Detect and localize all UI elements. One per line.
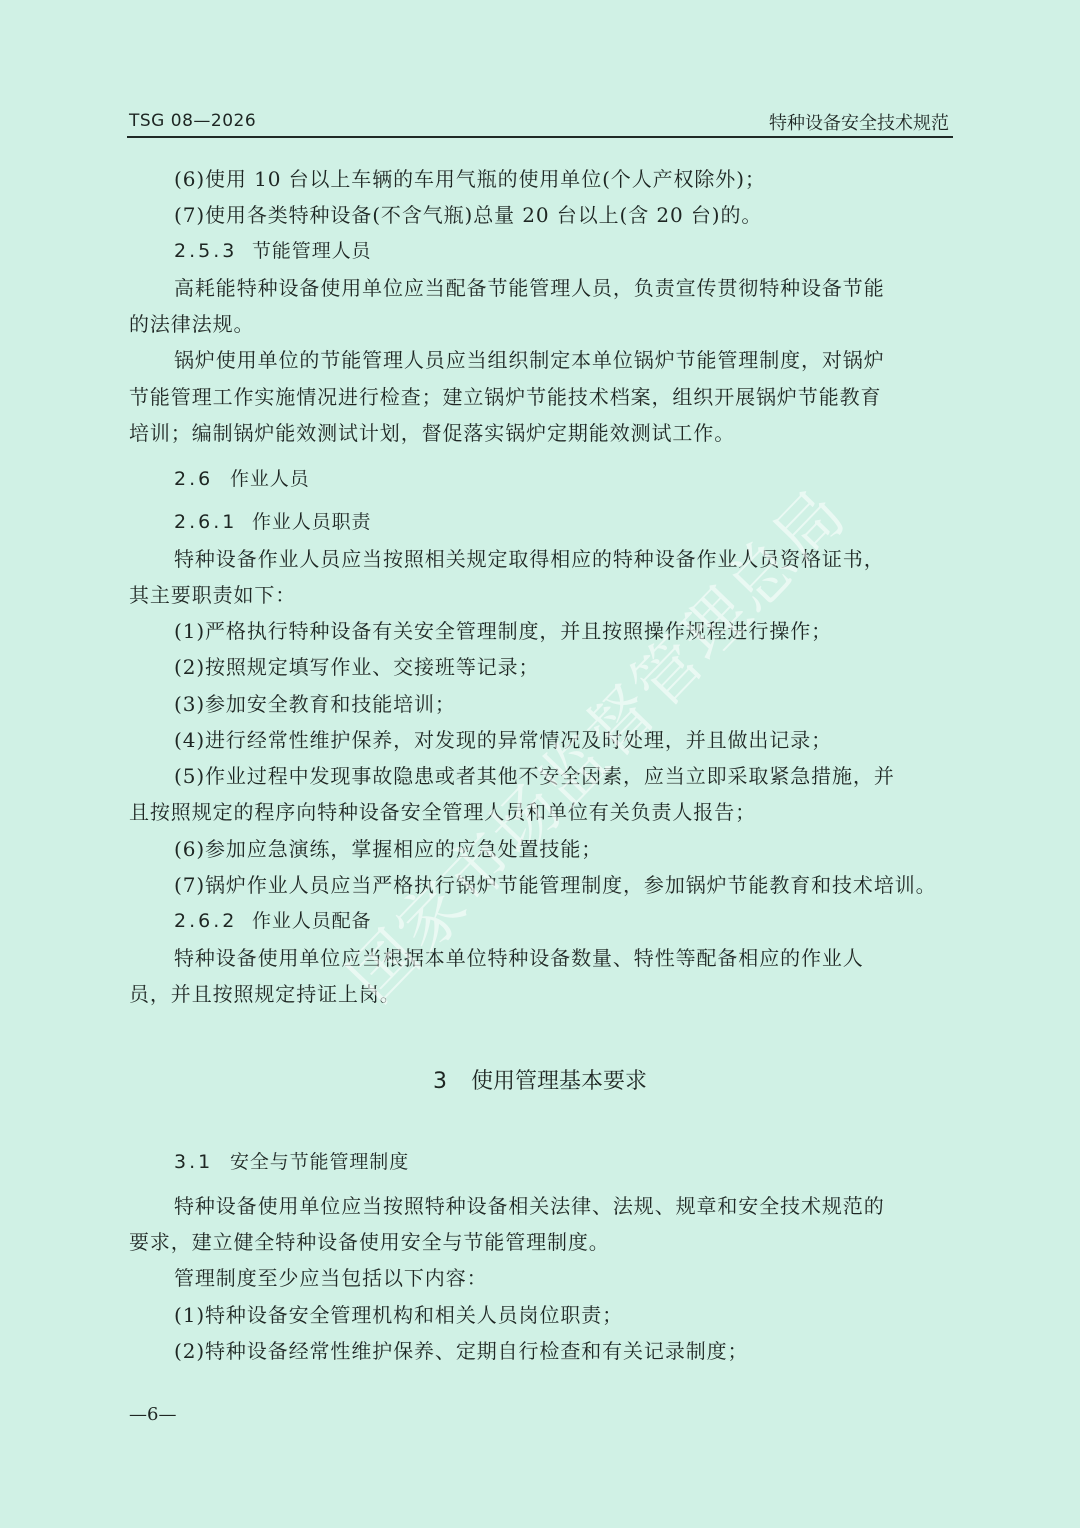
paragraph-line: 高耗能特种设备使用单位应当配备节能管理人员，负责宣传贯彻特种设备节能 — [129, 276, 953, 300]
list-item: (7)锅炉作业人员应当严格执行锅炉节能管理制度，参加锅炉节能教育和技术培训。 — [129, 873, 953, 897]
section-title: 作业人员职责 — [252, 511, 371, 533]
section-heading-2-6: 2.6作业人员 — [129, 467, 953, 491]
list-item: (1)特种设备安全管理机构和相关人员岗位职责； — [129, 1303, 953, 1327]
paragraph-line: 特种设备使用单位应当按照特种设备相关法律、法规、规章和安全技术规范的 — [129, 1194, 953, 1218]
series-title: 特种设备安全技术规范 — [769, 109, 949, 135]
list-item: (2)按照规定填写作业、交接班等记录； — [129, 655, 953, 679]
paragraph-line: 员，并且按照规定持证上岗。 — [129, 982, 953, 1006]
list-item: (6)使用 10 台以上车辆的车用气瓶的使用单位(个人产权除外)； — [129, 167, 953, 191]
page-header: TSG 08—2026 特种设备安全技术规范 — [127, 108, 953, 138]
list-item: (5)作业过程中发现事故隐患或者其他不安全因素，应当立即采取紧急措施，并 — [129, 764, 953, 788]
chapter-title: 使用管理基本要求 — [471, 1069, 647, 1094]
paragraph-line: 锅炉使用单位的节能管理人员应当组织制定本单位锅炉节能管理制度，对锅炉 — [129, 348, 953, 372]
section-title: 安全与节能管理制度 — [230, 1151, 409, 1173]
list-item: (1)严格执行特种设备有关安全管理制度，并且按照操作规程进行操作； — [129, 619, 953, 643]
paragraph-line: 培训；编制锅炉能效测试计划，督促落实锅炉定期能效测试工作。 — [129, 421, 953, 445]
paragraph-line: 其主要职责如下： — [129, 583, 953, 607]
section-heading-3-1: 3.1安全与节能管理制度 — [129, 1150, 953, 1174]
paragraph-line: 特种设备使用单位应当根据本单位特种设备数量、特性等配备相应的作业人 — [129, 946, 953, 970]
section-title: 作业人员配备 — [252, 910, 371, 932]
section-heading-2-6-1: 2.6.1作业人员职责 — [129, 510, 953, 534]
paragraph-line: 管理制度至少应当包括以下内容： — [129, 1266, 953, 1290]
list-item: (6)参加应急演练，掌握相应的应急处置技能； — [129, 837, 953, 861]
list-item-continued: 且按照规定的程序向特种设备安全管理人员和单位有关负责人报告； — [129, 800, 953, 824]
section-number: 2.6.1 — [174, 510, 252, 534]
paragraph-line: 要求，建立健全特种设备使用安全与节能管理制度。 — [129, 1230, 953, 1254]
chapter-number: 3 — [433, 1069, 447, 1094]
page-number: —6— — [129, 1404, 176, 1426]
section-number: 3.1 — [174, 1150, 230, 1174]
section-number: 2.5.3 — [174, 239, 252, 263]
section-heading-2-6-2: 2.6.2作业人员配备 — [129, 909, 953, 933]
list-item: (4)进行经常性维护保养，对发现的异常情况及时处理，并且做出记录； — [129, 728, 953, 752]
paragraph-line: 特种设备作业人员应当按照相关规定取得相应的特种设备作业人员资格证书， — [129, 547, 953, 571]
list-item: (2)特种设备经常性维护保养、定期自行检查和有关记录制度； — [129, 1339, 953, 1363]
list-item: (7)使用各类特种设备(不含气瓶)总量 20 台以上(含 20 台)的。 — [129, 203, 953, 227]
section-title: 节能管理人员 — [252, 240, 371, 262]
section-number: 2.6.2 — [174, 909, 252, 933]
chapter-heading: 3使用管理基本要求 — [0, 1068, 1080, 1096]
document-code: TSG 08—2026 — [129, 111, 256, 131]
section-number: 2.6 — [174, 467, 230, 491]
list-item: (3)参加安全教育和技能培训； — [129, 692, 953, 716]
paragraph-line: 节能管理工作实施情况进行检查；建立锅炉节能技术档案，组织开展锅炉节能教育 — [129, 385, 953, 409]
section-heading-2-5-3: 2.5.3节能管理人员 — [129, 239, 953, 263]
paragraph-line: 的法律法规。 — [129, 312, 953, 336]
section-title: 作业人员 — [230, 468, 310, 490]
